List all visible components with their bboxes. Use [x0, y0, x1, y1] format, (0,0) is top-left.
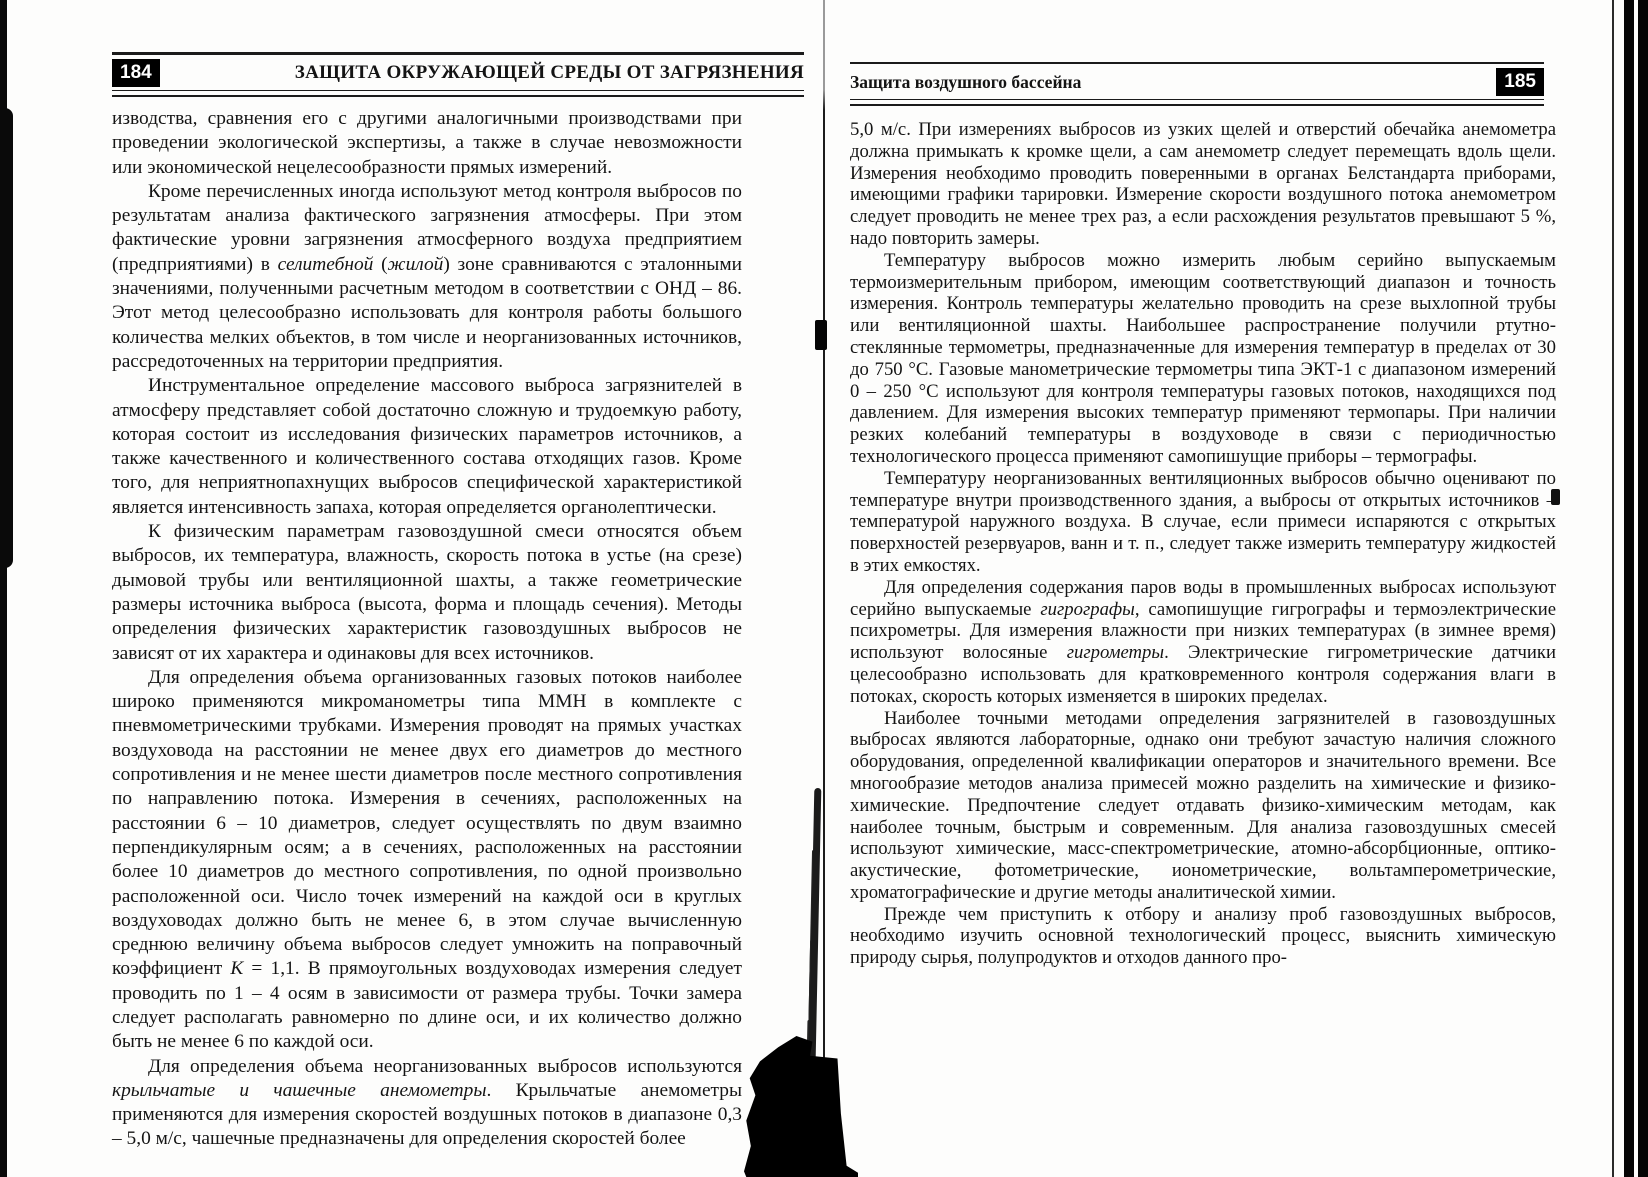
scan-edge-left-bulge	[0, 108, 13, 568]
page-184: 184 ЗАЩИТА ОКРУЖАЮЩЕЙ СРЕДЫ ОТ ЗАГРЯЗНЕН…	[112, 52, 804, 1152]
page-number-badge: 184	[112, 59, 160, 87]
running-header-left: 184 ЗАЩИТА ОКРУЖАЮЩЕЙ СРЕДЫ ОТ ЗАГРЯЗНЕН…	[112, 52, 804, 97]
paragraph: Для определения объема организованных га…	[112, 666, 742, 1055]
header-rule-bottom	[112, 90, 804, 97]
book-spread: 184 ЗАЩИТА ОКРУЖАЮЩЕЙ СРЕДЫ ОТ ЗАГРЯЗНЕН…	[0, 0, 1648, 1177]
page-185: Защита воздушного бассейна 185 5,0 м/с. …	[850, 62, 1560, 969]
text-segment: Температуру неорганизованных вентиляцион…	[850, 468, 1556, 576]
text-segment: К физическим параметрам газовоздушной см…	[112, 521, 742, 663]
text-segment: крыльчатые и чашечные анемометры	[112, 1080, 486, 1101]
text-segment: селитебной	[278, 254, 374, 275]
running-header-right: Защита воздушного бассейна 185	[850, 62, 1544, 106]
paragraph: Для определения объема неорганизованных …	[112, 1055, 742, 1152]
paragraph: Температуру выбросов можно измерить любы…	[850, 250, 1556, 468]
header-rule-bottom	[850, 99, 1544, 106]
text-segment: изводства, сравнения его с другими анало…	[112, 108, 742, 178]
running-header-title: ЗАЩИТА ОКРУЖАЮЩЕЙ СРЕДЫ ОТ ЗАГРЯЗНЕНИЯ	[295, 62, 804, 84]
paragraph: Кроме перечисленных иногда используют ме…	[112, 180, 742, 374]
binding-smudge-small	[815, 320, 827, 350]
text-segment: Инструментальное определение массового в…	[112, 375, 742, 517]
scan-edge-right-line	[1612, 0, 1614, 1177]
text-segment: гигрографы	[1040, 599, 1135, 620]
header-row: 184 ЗАЩИТА ОКРУЖАЮЩЕЙ СРЕДЫ ОТ ЗАГРЯЗНЕН…	[112, 55, 804, 90]
scan-edge-right-strip-outer	[1638, 0, 1648, 1177]
scan-speck-right	[1551, 489, 1560, 505]
header-row: Защита воздушного бассейна 185	[850, 64, 1544, 99]
paragraph: Для определения содержания паров воды в …	[850, 577, 1556, 708]
text-segment: Для определения объема неорганизованных …	[148, 1056, 742, 1077]
paragraph: 5,0 м/с. При измерениях выбросов из узки…	[850, 119, 1556, 250]
binding-gutter-line	[823, 0, 825, 1115]
text-segment: Температуру выбросов можно измерить любы…	[850, 250, 1556, 467]
page-body: 5,0 м/с. При измерениях выбросов из узки…	[850, 119, 1556, 969]
text-segment: Для определения объема организованных га…	[112, 667, 742, 980]
paragraph: Температуру неорганизованных вентиляцион…	[850, 468, 1556, 577]
paragraph: К физическим параметрам газовоздушной см…	[112, 520, 742, 666]
text-segment: Прежде чем приступить к отбору и анализу…	[850, 904, 1556, 969]
text-segment: К	[230, 958, 243, 979]
text-segment: жилой	[388, 254, 444, 275]
page-body: изводства, сравнения его с другими анало…	[112, 107, 742, 1152]
paragraph: изводства, сравнения его с другими анало…	[112, 107, 742, 180]
text-segment: 5,0 м/с. При измерениях выбросов из узки…	[850, 119, 1556, 249]
text-segment: (	[373, 254, 387, 275]
text-segment: Наиболее точными методами определения за…	[850, 708, 1556, 903]
text-segment: гигрометры	[1067, 642, 1164, 663]
scan-edge-right-strip-inner	[1624, 0, 1634, 1177]
paragraph: Наиболее точными методами определения за…	[850, 708, 1556, 904]
page-number-badge: 185	[1496, 68, 1544, 96]
paragraph: Инструментальное определение массового в…	[112, 374, 742, 520]
running-header-title: Защита воздушного бассейна	[850, 72, 1081, 93]
paragraph: Прежде чем приступить к отбору и анализу…	[850, 904, 1556, 969]
